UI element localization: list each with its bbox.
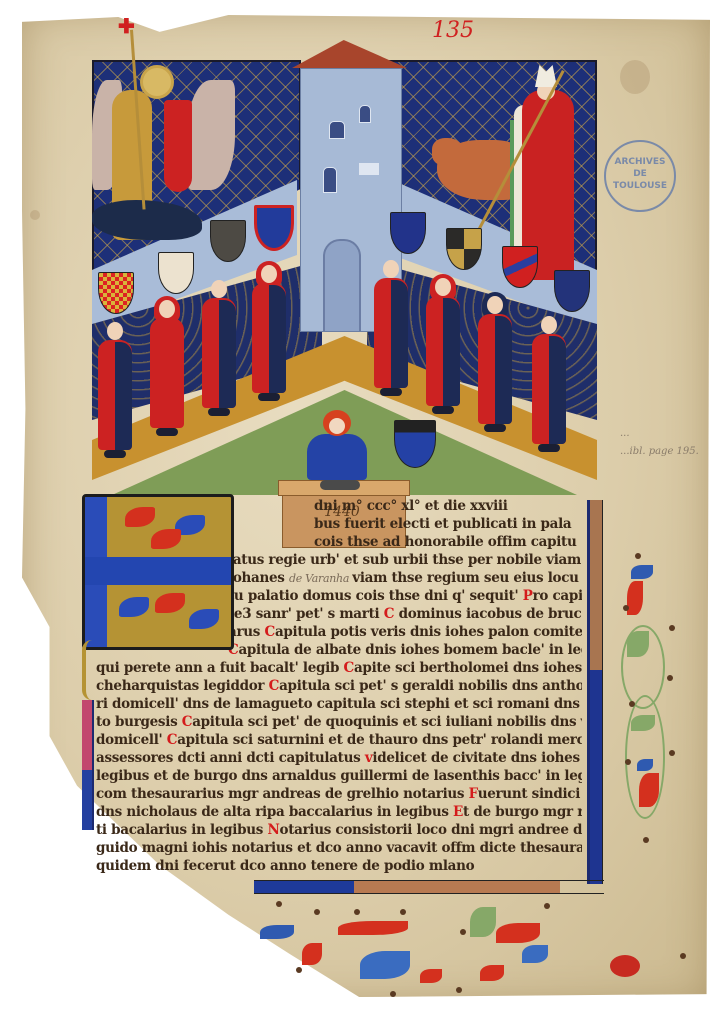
acanthus-icon	[631, 565, 653, 579]
dot-icon	[390, 991, 396, 997]
text-line: cheharquistas legiddor Capitula sci pet'…	[96, 676, 582, 696]
text-segment: apitula de albate dnis iohes bomem bacle…	[238, 642, 582, 658]
rubric-initial: F	[469, 786, 478, 802]
acanthus-icon	[360, 951, 410, 979]
text-segment: domicell'	[96, 732, 167, 748]
seated-official	[202, 280, 236, 430]
pencil-annotation: ... ...ibl. page 195.	[620, 425, 710, 461]
seated-official	[374, 260, 408, 410]
dot-icon	[669, 625, 675, 631]
pencil-note-line: ...ibl. page 195.	[620, 443, 710, 461]
dot-icon	[296, 967, 302, 973]
initial-tail	[82, 640, 106, 700]
acanthus-leaf-icon	[151, 529, 181, 549]
text-segment: latus regie urb' et sub urbii thse per n…	[228, 552, 582, 568]
wing-icon	[187, 80, 235, 190]
text-line: te3 sanr' pet' s marti C dominus iacobus…	[228, 604, 582, 624]
text-line: guido magni iohis notarius et dco anno v…	[96, 838, 582, 858]
acanthus-icon	[420, 969, 442, 983]
text-line: assessores dcti anni dcti capitulatus vi…	[96, 748, 582, 768]
rubric-initial: N	[267, 822, 279, 838]
initial-band	[85, 557, 231, 585]
text-line: Capitula de albate dnis iohes bomem bacl…	[228, 640, 582, 660]
stain	[620, 60, 650, 94]
text-segment: guido magni iohis notarius et dco anno v…	[96, 840, 582, 856]
border-decoration-bottom	[260, 895, 660, 1005]
stamp-line: TOULOUSE	[606, 180, 674, 192]
miniature-illustration: ✚	[92, 60, 597, 495]
text-line: arus Capitula potis veris dnis iohes pal…	[228, 622, 582, 642]
acanthus-icon	[627, 581, 643, 615]
dot-icon	[354, 909, 360, 915]
marginal-gloss: de Varanha	[289, 572, 352, 585]
acanthus-leaf-icon	[119, 597, 149, 617]
text-frame-left	[82, 700, 96, 860]
archive-stamp: ARCHIVES DE TOULOUSE	[604, 140, 676, 212]
text-line: dns nicholaus de alta ripa baccalarius i…	[96, 802, 582, 822]
text-segment: t de burgo mgr raimundus gilibert	[463, 804, 582, 820]
ox-head	[432, 138, 464, 166]
text-segment: ri domicell' dns de lamagueto	[96, 696, 317, 712]
acanthus-icon	[260, 925, 294, 939]
text-line: to burgesis Capitula sci pet' de quoquin…	[96, 712, 582, 732]
tower-window	[359, 105, 371, 123]
tower-window	[323, 167, 337, 193]
text-segment: capitula sci stephi et sci romani dns pe…	[317, 696, 582, 712]
acanthus-icon	[470, 907, 496, 937]
text-segment: idelicet de civitate dns iohes lic' in	[372, 750, 582, 766]
tower-roof	[292, 40, 407, 68]
acanthus-leaf-icon	[189, 609, 219, 629]
dot-icon	[643, 837, 649, 843]
text-segment: legibus et de burgo dns arnaldus guiller…	[96, 768, 582, 784]
rubric-initial: C	[264, 624, 274, 640]
scribe-figure	[307, 410, 367, 480]
acanthus-icon	[302, 943, 322, 965]
text-segment: iohanes	[228, 570, 289, 586]
text-line: tu palatio domus cois thse dni q' sequit…	[228, 586, 582, 606]
stamp-line: ARCHIVES	[606, 156, 674, 168]
text-segment: dni q' sequit'	[424, 588, 523, 604]
text-segment: uerunt sindici v3 de civitate	[478, 786, 582, 802]
dot-icon	[680, 953, 686, 959]
tower-window	[359, 163, 379, 175]
text-line: legibus et de burgo dns arnaldus guiller…	[96, 766, 582, 786]
text-segment: com thesaurarius mgr andreas de grelhio …	[96, 786, 469, 802]
dot-icon	[635, 553, 641, 559]
dot-icon	[625, 759, 631, 765]
seated-official	[426, 278, 460, 428]
text-segment: quidem dni fecerut dco anno tenere de po…	[96, 858, 474, 874]
text-segment: bus fuerit electi et publicati in pala	[314, 516, 571, 532]
text-segment: cois thse ad honorabile offim capitu	[314, 534, 576, 550]
border-decoration-right	[615, 545, 685, 875]
text-segment: apitula sci pet' de quoquinis et sci iul…	[192, 714, 582, 730]
rubric-initial: P	[523, 588, 533, 604]
folio-number: 135	[432, 18, 474, 43]
dot-icon	[669, 750, 675, 756]
text-segment: apite sci bertholomei dns iohes le	[354, 660, 582, 676]
acanthus-icon	[480, 965, 504, 981]
tower-door	[323, 239, 361, 331]
tower-window	[329, 121, 345, 139]
acanthus-icon	[610, 955, 640, 977]
text-frame-bottom	[254, 880, 604, 894]
pencil-note-line: ...	[620, 425, 710, 443]
rubric-initial: E	[453, 804, 463, 820]
acanthus-leaf-icon	[125, 507, 155, 527]
acanthus-icon	[338, 921, 408, 935]
rubric-initial: C	[167, 732, 177, 748]
text-segment: assessores dcti anni dcti capitulatus	[96, 750, 365, 766]
text-segment: to burgesis	[96, 714, 182, 730]
text-segment: dni m° ccc° xl° et die xxviii	[314, 498, 508, 514]
text-line: ti bacalarius in legibus Notarius consis…	[96, 820, 582, 840]
seated-official	[150, 300, 184, 450]
text-segment: otarius consistorii loco dni mgri andree…	[279, 822, 582, 838]
text-line: ri domicell' dns de lamagueto capitula s…	[96, 694, 582, 714]
stamp-line: DE	[606, 168, 674, 180]
seated-official	[478, 296, 512, 446]
text-segment: apitula potis veris dnis iohes palon com…	[275, 624, 582, 640]
dot-icon	[276, 901, 282, 907]
text-segment: dominus iacobus de bruc	[394, 606, 581, 622]
dot-icon	[629, 701, 635, 707]
dot-icon	[667, 675, 673, 681]
cross-icon: ✚	[118, 14, 135, 38]
text-segment: fuit bacalt' legib	[220, 660, 344, 676]
vine-icon	[625, 695, 665, 819]
dot-icon	[544, 903, 550, 909]
dot-icon	[460, 929, 466, 935]
text-segment: ro capitula de aura	[533, 588, 582, 604]
seated-official	[98, 322, 132, 472]
dragon	[92, 200, 202, 240]
text-frame-right	[587, 500, 601, 884]
text-segment: tu palatio domus cois thse	[228, 588, 424, 604]
acanthus-icon	[496, 923, 540, 943]
text-segment: dns nicholaus de alta ripa baccalarius i…	[96, 804, 453, 820]
text-segment: ti bacalarius in legibus	[96, 822, 267, 838]
seated-official	[532, 316, 566, 466]
text-line: cois thse ad honorabile offim capitu	[314, 532, 582, 552]
seated-official	[252, 265, 286, 415]
text-line: bus fuerit electi et publicati in pala	[314, 514, 582, 534]
text-segment: apitula sci pet' s geraldi nobilis dns a…	[279, 678, 582, 694]
acanthus-icon	[522, 945, 548, 963]
text-segment: apitula sci saturnini et de thauro dns p…	[177, 732, 582, 748]
text-line: quidem dni fecerut dco anno tenere de po…	[96, 856, 582, 876]
text-line: dni m° ccc° xl° et die xxviii	[314, 496, 582, 516]
text-line: latus regie urb' et sub urbii thse per n…	[228, 550, 582, 570]
rubric-initial: C	[384, 606, 394, 622]
acanthus-leaf-icon	[155, 593, 185, 613]
text-line: qui perete ann a fuit bacalt' legib Capi…	[96, 658, 582, 678]
dot-icon	[456, 987, 462, 993]
text-segment: qui perete ann a	[96, 660, 220, 676]
text-segment: cheharquistas legiddor	[96, 678, 269, 694]
dot-icon	[314, 909, 320, 915]
text-line: com thesaurarius mgr andreas de grelhio …	[96, 784, 582, 804]
illuminated-initial	[82, 494, 234, 650]
stain	[30, 210, 40, 220]
text-segment: te3 sanr' pet' s marti	[228, 606, 384, 622]
red-shield	[164, 100, 192, 192]
dot-icon	[623, 605, 629, 611]
rubric-initial: C	[344, 660, 354, 676]
dot-icon	[400, 909, 406, 915]
rubric-initial: C	[269, 678, 279, 694]
rubric-initial: C	[182, 714, 192, 730]
text-line: domicell' Capitula sci saturnini et de t…	[96, 730, 582, 750]
text-segment: viam thse regium seu eius locu ten	[352, 570, 582, 586]
inkwell-icon	[320, 480, 360, 490]
text-line: iohanes de Varanha viam thse regium seu …	[228, 568, 582, 588]
